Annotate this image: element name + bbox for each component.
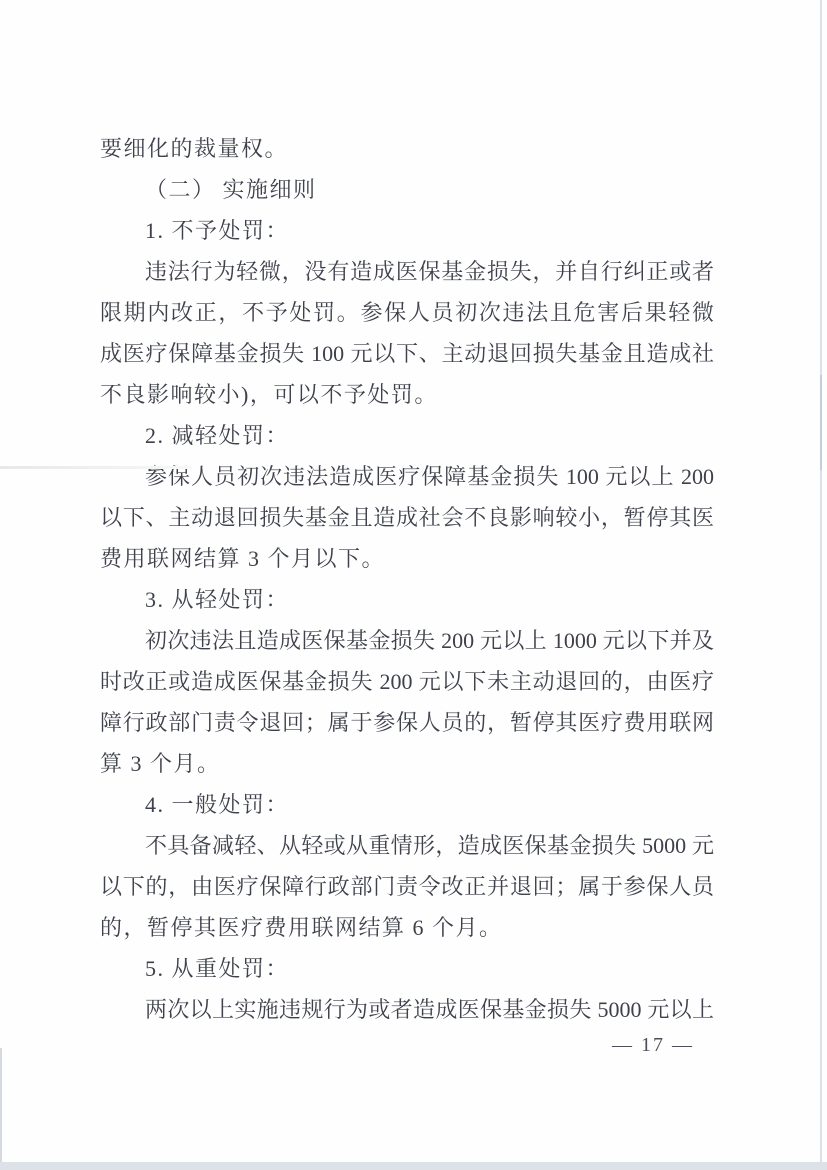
text-line: 违法行为轻微，没有造成医保基金损失，并自行纠正或者在 (100, 251, 714, 292)
heading-line: 4. 一般处罚： (100, 784, 714, 825)
text-line: 障行政部门责令退回；属于参保人员的，暂停其医疗费用联网结 (100, 702, 714, 743)
scan-edge-left (0, 1048, 2, 1162)
document-page: 要细化的裁量权。 （二） 实施细则 1. 不予处罚： 违法行为轻微，没有造成医保… (0, 0, 827, 1170)
heading-line: 5. 从重处罚： (100, 948, 714, 989)
heading-line: 1. 不予处罚： (100, 210, 714, 251)
text-line: 初次违法且造成医保基金损失 200 元以上 1000 元以下并及 (100, 620, 714, 661)
scan-smudge-artifact (0, 466, 192, 469)
text-line: 算 3 个月。 (100, 743, 714, 784)
text-line: 的，暂停其医疗费用联网结算 6 个月。 (100, 907, 714, 948)
text-line: 不具备减轻、从轻或从重情形，造成医保基金损失 5000 元 (100, 825, 714, 866)
text-line: 参保人员初次违法造成医疗保障基金损失 100 元以上 200 元 (100, 456, 714, 497)
text-line: 限期内改正，不予处罚。参保人员初次违法且危害后果轻微（造 (100, 292, 714, 333)
text-line: 两次以上实施违规行为或者造成医保基金损失 5000 元以上 (100, 989, 714, 1030)
document-body: 要细化的裁量权。 （二） 实施细则 1. 不予处罚： 违法行为轻微，没有造成医保… (100, 128, 714, 1030)
text-line: 要细化的裁量权。 (100, 128, 714, 169)
text-line: 以下、主动退回损失基金且造成社会不良影响较小，暂停其医疗 (100, 497, 714, 538)
text-line: 成医疗保障基金损失 100 元以下、主动退回损失基金且造成社会 (100, 333, 714, 374)
heading-line: 2. 减轻处罚： (100, 415, 714, 456)
scan-edge-right-accent (820, 375, 822, 470)
scanned-document-screenshot: { "page": { "number": "17", "number_disp… (0, 0, 827, 1170)
text-line: 不良影响较小)，可以不予处罚。 (100, 374, 714, 415)
scan-edge-right (820, 0, 822, 1170)
heading-line: 3. 从轻处罚： (100, 579, 714, 620)
text-line: 以下的，由医疗保障行政部门责令改正并退回；属于参保人员 (100, 866, 714, 907)
heading-line: （二） 实施细则 (100, 169, 714, 210)
text-line: 费用联网结算 3 个月以下。 (100, 538, 714, 579)
page-number: — 17 — (612, 1030, 694, 1060)
text-line: 时改正或造成医保基金损失 200 元以下未主动退回的，由医疗保 (100, 661, 714, 702)
scan-edge-bottom (0, 1162, 827, 1170)
